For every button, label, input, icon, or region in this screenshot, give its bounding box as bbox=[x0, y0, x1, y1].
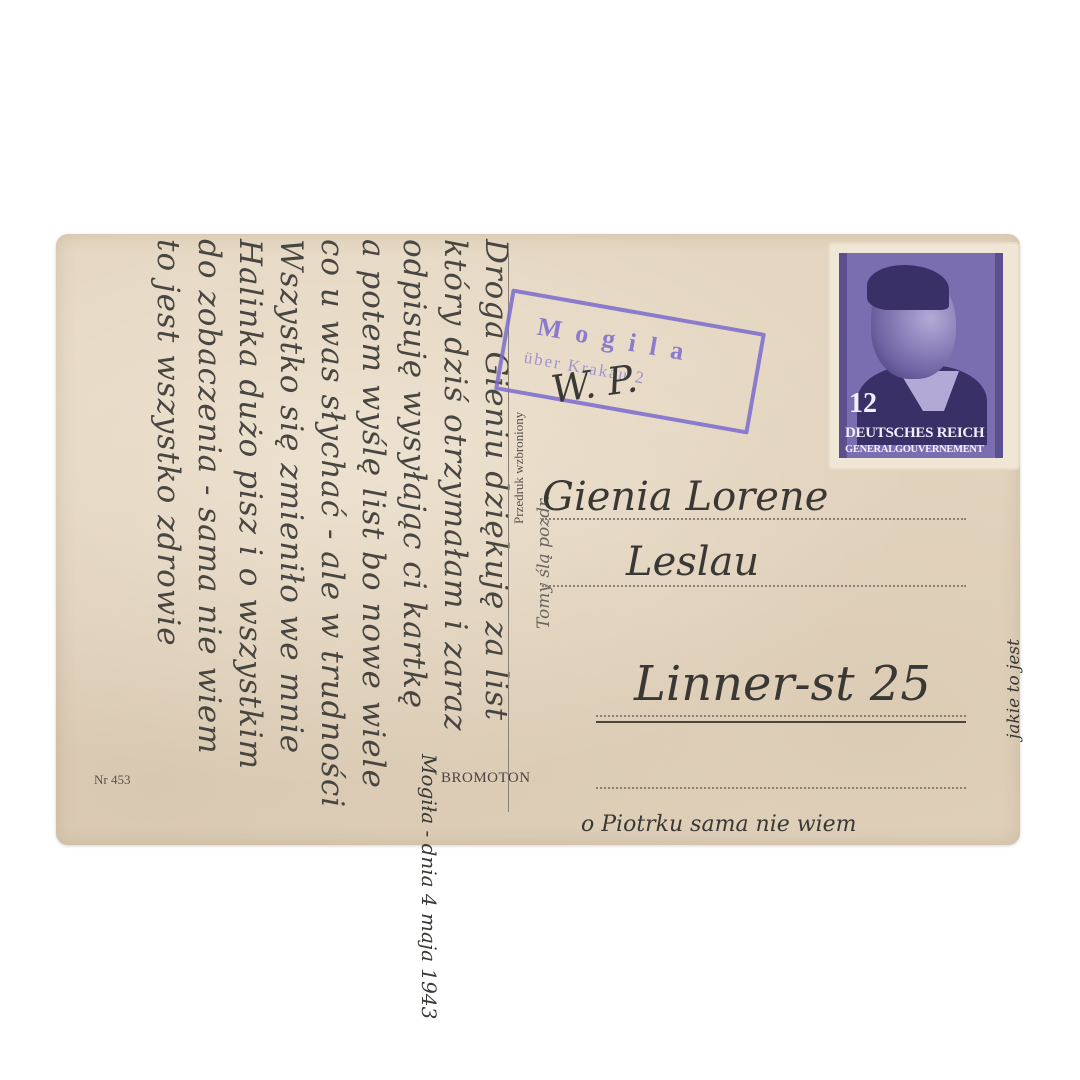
stamp-country: DEUTSCHES REICH bbox=[845, 425, 984, 442]
imprint-text: Przedruk wzbroniony bbox=[511, 412, 527, 524]
series-number: Nr 453 bbox=[94, 772, 130, 788]
address-city: Leslau bbox=[626, 539, 759, 585]
message-line: to jest wszystko zdrowie bbox=[147, 239, 188, 839]
postcard: Droga Gieniu dziękuję za list który dziś… bbox=[56, 234, 1020, 845]
message-line: co u was słychać - ale w trudności bbox=[311, 239, 352, 839]
message-line: a potem wyślę list bo nowe wiele bbox=[352, 239, 393, 839]
address-line-4 bbox=[596, 787, 966, 789]
message-line: do zobaczenia - sama nie wiem bbox=[188, 239, 229, 839]
address-street: Linner-st 25 bbox=[634, 656, 931, 712]
address-underline bbox=[596, 721, 966, 723]
message-line: Halinka dużo pisz i o wszystkim bbox=[229, 239, 270, 839]
message-line: który dziś otrzymałam i zaraz bbox=[434, 239, 475, 839]
address-name: Gienia Lorene bbox=[542, 474, 828, 520]
place-date: Mogiła - dnia 4 maja 1943 bbox=[417, 754, 441, 1019]
message-line: Wszystko się zmieniło we mnie bbox=[270, 239, 311, 839]
bottom-note: o Piotrku sama nie wiem bbox=[581, 812, 857, 837]
message-line: odpisuję wysyłając ci kartkę bbox=[393, 239, 434, 839]
stamp-portrait-frame: 12 DEUTSCHES REICH GENERALGOUVERNEMENT bbox=[839, 253, 1003, 458]
address-line-3 bbox=[596, 715, 966, 717]
address-line-1 bbox=[542, 518, 966, 520]
stamp-region: GENERALGOUVERNEMENT bbox=[845, 444, 983, 455]
brand-label: BROMOTON bbox=[441, 770, 531, 787]
message-area: Droga Gieniu dziękuję za list który dziś… bbox=[56, 234, 536, 845]
handwritten-message: Droga Gieniu dziękuję za list który dziś… bbox=[76, 239, 516, 839]
stamp-value: 12 bbox=[849, 388, 877, 420]
portrait-hair-icon bbox=[867, 265, 949, 310]
address-line-2 bbox=[542, 585, 966, 587]
side-note: jakie to jest bbox=[1004, 639, 1024, 739]
postage-stamp: 12 DEUTSCHES REICH GENERALGOUVERNEMENT bbox=[830, 244, 1018, 468]
